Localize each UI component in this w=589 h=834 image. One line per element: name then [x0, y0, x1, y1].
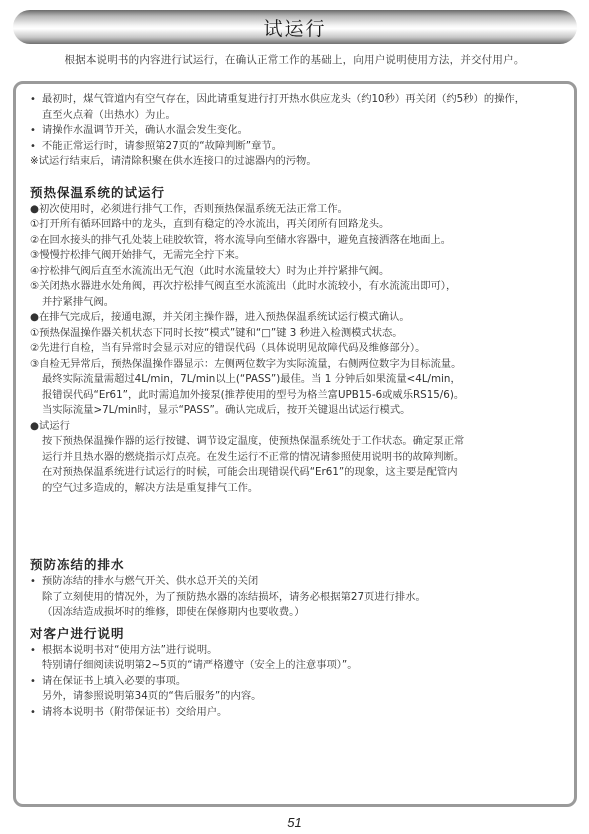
paragraph-line: 按下预热保温操作器的运行按键、调节设定温度，使预热保温系统处于工作状态。确定泵正…: [30, 434, 565, 450]
list-item: 请将本说明书（附带保证书）交给用户。: [30, 705, 565, 721]
section-heading: 对客户进行说明: [30, 625, 565, 643]
list-item: 请在保证书上填入必要的事项。: [30, 674, 565, 690]
bullet-line: ●试运行: [30, 419, 565, 435]
list-item-continuation: 另外，请参照说明第34页的“售后服务”的内容。: [30, 689, 565, 705]
note-text: ※试运行结束后，请清除积聚在供水连接口的过滤器内的污物。: [30, 154, 565, 170]
list-item-continuation: 特别请仔细阅读说明第2~5页的“请严格遵守（安全上的注意事项）”。: [30, 658, 565, 674]
step-line: ⑤关闭热水器进水处角阀，再次拧松排气阀直至水流流出（此时水流较小，有水流流出即可…: [30, 279, 565, 295]
paragraph-line: 的空气过多造成的，解决方法是重复排气工作。: [30, 481, 565, 497]
bullet-line: ●初次使用时，必须进行排气工作，否则预热保温系统无法正常工作。: [30, 202, 565, 218]
step-line: ①打开所有循环回路中的龙头，直到有稳定的冷水流出，再关闭所有回路龙头。: [30, 217, 565, 233]
content-inner: 最初时，煤气管道内有空气存在，因此请重复进行打开热水供应龙头（约10秒）再关闭（…: [30, 89, 565, 720]
list-item: 不能正常运行时，请参照第27页的“故障判断”章节。: [30, 139, 565, 155]
list-item: 最初时，煤气管道内有空气存在，因此请重复进行打开热水供应龙头（约10秒）再关闭（…: [30, 92, 565, 108]
section-heading: 预防冻结的排水: [30, 556, 565, 574]
list-item-continuation: （因冻结造成损坏时的维修，即使在保修期内也要收费。）: [30, 605, 565, 621]
list-item: 请操作水温调节开关，确认水温会发生变化。: [30, 123, 565, 139]
customer-section: 对客户进行说明 根据本说明书对“使用方法”进行说明。 特别请仔细阅读说明第2~5…: [30, 625, 565, 721]
list-item-continuation: 直至火点着（出热水）为止。: [30, 108, 565, 124]
page-number: 51: [0, 815, 589, 830]
step-line: ③慢慢拧松排气阀开始排气，无需完全拧下来。: [30, 248, 565, 264]
step-line-continuation: 当实际流量>7L/min时，显示“PASS”。确认完成后，按开关键退出试运行模式…: [30, 403, 565, 419]
intro-text: 根据本说明书的内容进行试运行，在确认正常工作的基础上，向用户说明使用方法，并交付…: [0, 52, 589, 67]
paragraph-line: 在对预热保温系统进行试运行的时候，可能会出现错误代码“Er61”的现象，这主要是…: [30, 465, 565, 481]
paragraph-line: 运行并且热水器的燃烧指示灯点亮。在发生运行不正常的情况请参照使用说明书的故障判断…: [30, 450, 565, 466]
step-line: ②先进行自检，当有异常时会显示对应的错误代码（具体说明见故障代码及维修部分）。: [30, 341, 565, 357]
step-line-continuation: 报错误代码“Er61”，此时需追加外接泵(推荐使用的型号为格兰富UPB15-6或…: [30, 388, 565, 404]
section-heading: 预热保温系统的试运行: [30, 184, 565, 202]
step-line: ④拧松排气阀后直至水流流出无气泡（此时水流量较大）时为止并拧紧排气阀。: [30, 264, 565, 280]
step-line-continuation: 最终实际流量需超过4L/min，7L/min以上(“PASS”)最佳。当 1 分…: [30, 372, 565, 388]
initial-checks: 最初时，煤气管道内有空气存在，因此请重复进行打开热水供应龙头（约10秒）再关闭（…: [30, 92, 565, 170]
list-item: 预防冻结的排水与燃气开关、供水总开关的关闭: [30, 574, 565, 590]
step-line: ③自检无异常后，预热保温操作器显示：左侧两位数字为实际流量，右侧两位数字为目标流…: [30, 357, 565, 373]
freeze-section: 预防冻结的排水 预防冻结的排水与燃气开关、供水总开关的关闭 除了立刻使用的情况外…: [30, 556, 565, 621]
list-item-continuation: 除了立刻使用的情况外，为了预防热水器的冻结损坏，请务必根据第27页进行排水。: [30, 590, 565, 606]
preheat-section: 预热保温系统的试运行 ●初次使用时，必须进行排气工作，否则预热保温系统无法正常工…: [30, 184, 565, 497]
step-line: ②在回水接头的排气孔处装上硅胶软管，将水流导向至储水容器中，避免直接洒落在地面上…: [30, 233, 565, 249]
step-line-continuation: 并拧紧排气阀。: [30, 295, 565, 311]
page-title: 试运行: [263, 14, 326, 41]
list-item: 根据本说明书对“使用方法”进行说明。: [30, 643, 565, 659]
step-line: ①预热保温操作器关机状态下同时长按“模式”键和“□”键 3 秒进入检测模式状态。: [30, 326, 565, 342]
title-bar: 试运行: [13, 10, 577, 44]
bullet-line: ●在排气完成后，接通电源，并关闭主操作器，进入预热保温系统试运行模式确认。: [30, 310, 565, 326]
content-box: 最初时，煤气管道内有空气存在，因此请重复进行打开热水供应龙头（约10秒）再关闭（…: [13, 81, 577, 807]
